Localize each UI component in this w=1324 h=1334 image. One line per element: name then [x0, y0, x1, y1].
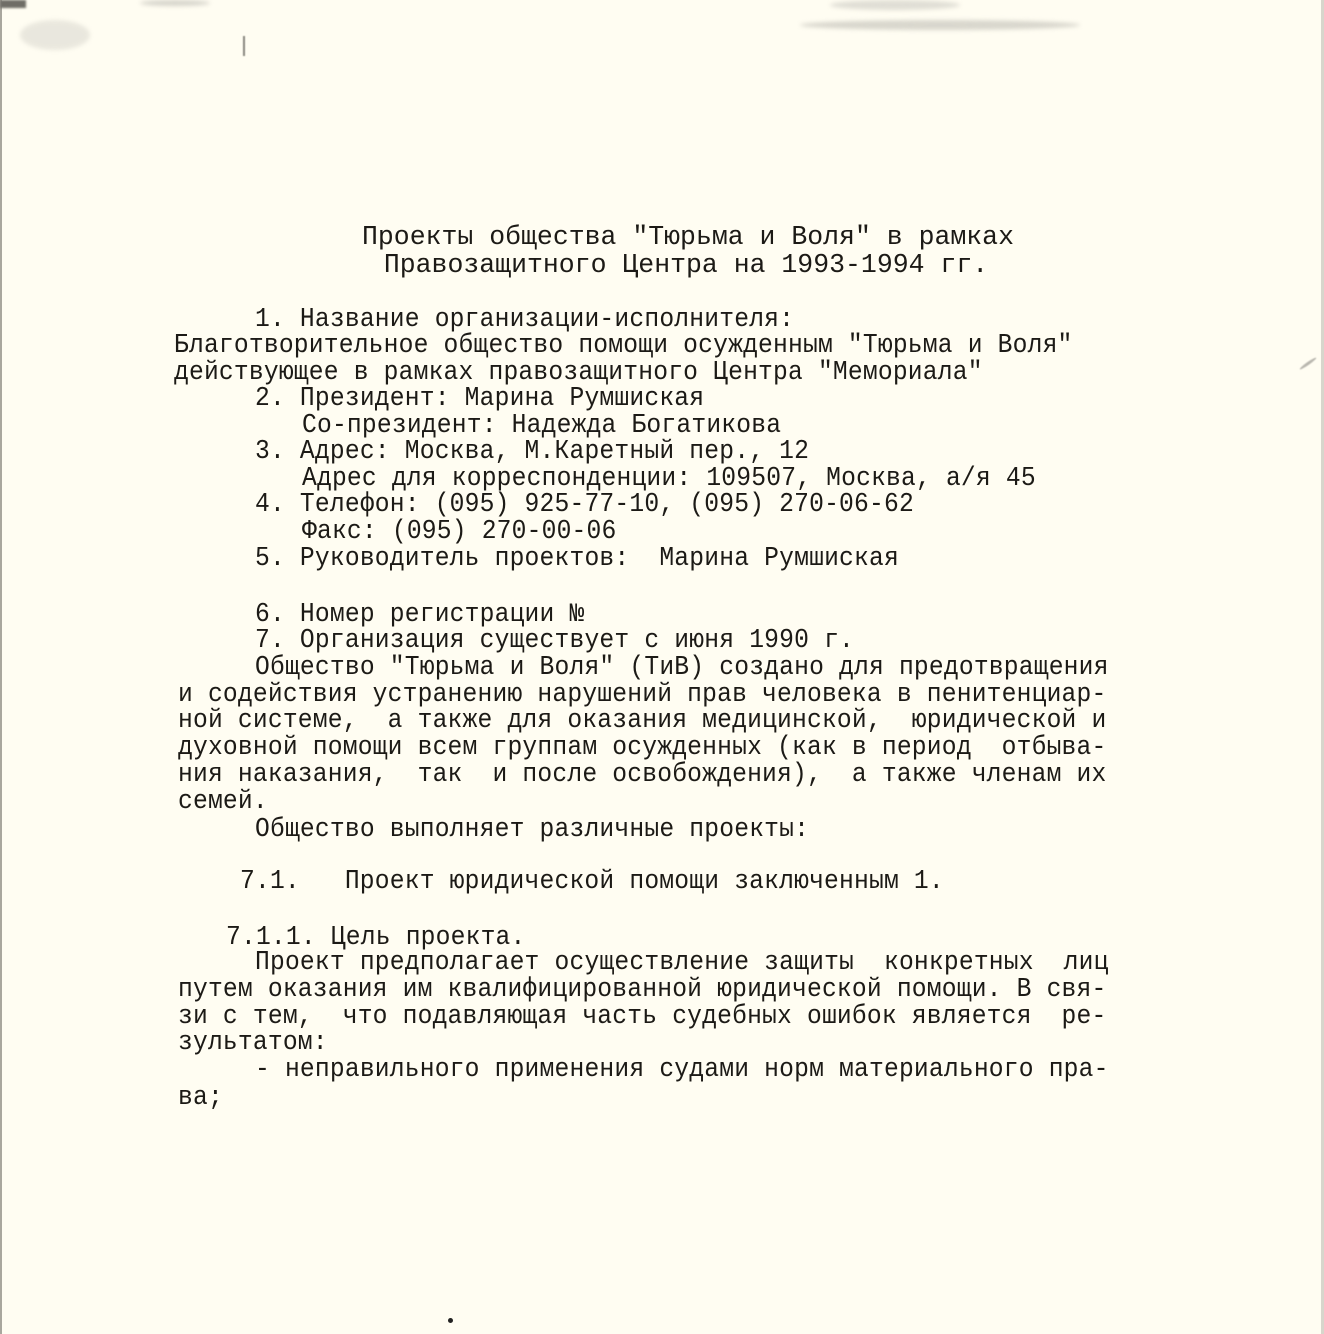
- paragraph-3-line-3: зи с тем, что подавляющая часть судебных…: [178, 1002, 1106, 1030]
- item-7-founded: 7. Организация существует с июня 1990 г.: [255, 626, 854, 654]
- scan-dot: [448, 1318, 453, 1323]
- document-title-line-1: Проекты общества "Тюрьма и Воля" в рамка…: [26, 223, 1324, 251]
- scan-smudge-top-left: [0, 0, 26, 8]
- item-3-address: 3. Адрес: Москва, М.Каретный пер., 12: [255, 437, 809, 465]
- paragraph-3-line-4: зультатом:: [178, 1028, 328, 1056]
- item-1-label: 1. Название организации-исполнителя:: [255, 305, 794, 333]
- paragraph-3-line-2: путем оказания им квалифицированной юрид…: [178, 975, 1106, 1003]
- document-title-line-2: Правозащитного Центра на 1993-1994 гг.: [24, 251, 1324, 279]
- scan-smudge-top-center: [140, 0, 210, 6]
- item-4-phone: 4. Телефон: (095) 925-77-10, (095) 270-0…: [255, 490, 914, 518]
- paragraph-1-line-5: ния наказания, так и после освобождения)…: [178, 760, 1106, 788]
- paragraph-2: Общество выполняет различные проекты:: [255, 815, 809, 843]
- bullet-line-2: ва;: [178, 1083, 223, 1111]
- paragraph-1-line-1: Общество "Тюрьма и Воля" (ТиВ) создано д…: [255, 653, 1109, 681]
- scan-smudge-top-right: [830, 0, 960, 10]
- paragraph-1-line-2: и содействия устранению нарушений прав ч…: [178, 680, 1106, 708]
- item-1-value-line-2: действующее в рамках правозащитного Цент…: [174, 358, 983, 386]
- scan-corner-fold: [1299, 357, 1317, 371]
- item-5-manager: 5. Руководитель проектов: Марина Румшиск…: [255, 544, 899, 572]
- scan-edge-left: [0, 0, 2, 1334]
- scan-noise-top-right: [800, 20, 1080, 30]
- item-4-fax: Факс: (095) 270-00-06: [302, 517, 616, 545]
- paragraph-1-line-3: ной системе, а также для оказания медици…: [178, 706, 1106, 734]
- paragraph-1-line-4: духовной помощи всем группам осужденных …: [178, 733, 1106, 761]
- scan-mark-top-left: [20, 20, 90, 50]
- document-page: Проекты общества "Тюрьма и Воля" в рамка…: [0, 0, 1324, 1334]
- item-6-registration: 6. Номер регистрации №: [255, 600, 584, 628]
- paragraph-1-line-6: семей.: [178, 787, 268, 815]
- item-2-president: 2. Президент: Марина Румшиская: [255, 384, 704, 412]
- item-1-value-line-1: Благотворительное общество помощи осужде…: [174, 331, 1073, 359]
- scan-tick-mark: [243, 36, 245, 56]
- bullet-line-1: - неправильного применения судами норм м…: [255, 1055, 1109, 1083]
- item-2-copresident: Со-президент: Надежда Богатикова: [302, 411, 781, 439]
- section-7-1-heading: 7.1. Проект юридической помощи заключенн…: [240, 867, 944, 895]
- paragraph-3-line-1: Проект предполагает осуществление защиты…: [255, 948, 1109, 976]
- item-3-mail-address: Адрес для корреспонденции: 109507, Москв…: [302, 464, 1036, 492]
